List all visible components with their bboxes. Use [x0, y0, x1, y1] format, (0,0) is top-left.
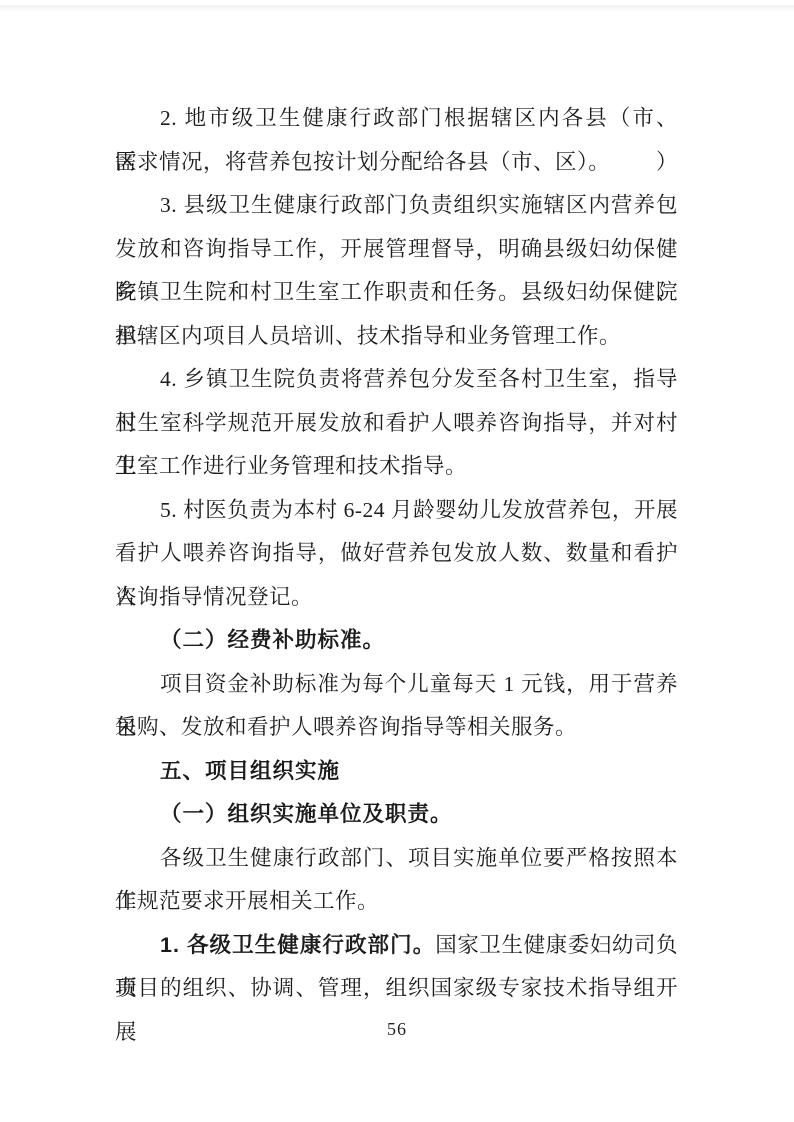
paragraph-line: 1. 各级卫生健康行政部门。国家卫生健康委妇幼司负责	[115, 924, 678, 968]
paragraph-line: 5. 村医负责为本村 6-24 月龄婴幼儿发放营养包，开展	[115, 489, 678, 533]
paragraph-line: 项目的组织、协调、管理，组织国家级专家技术指导组开展	[115, 967, 678, 1011]
paragraph-line: 需求情况，将营养包按计划分配给各县（市、区）。	[115, 141, 678, 185]
paragraph-line: 作规范要求开展相关工作。	[115, 880, 678, 924]
paragraph-line: 项目资金补助标准为每个儿童每天 1 元钱，用于营养包	[115, 663, 678, 707]
subsection-heading: （二）经费补助标准。	[115, 619, 678, 663]
document-body: 2. 地市级卫生健康行政部门根据辖区内各县（市、区） 需求情况，将营养包按计划分…	[115, 97, 678, 1011]
numbered-item-lead-bold: 1. 各级卫生健康行政部门。	[160, 933, 435, 957]
paragraph-line: 看护人喂养咨询指导，做好营养包发放人数、数量和看护人	[115, 532, 678, 576]
paragraph-line: 发放和咨询指导工作，开展管理督导，明确县级妇幼保健院、	[115, 228, 678, 272]
paragraph-line: 2. 地市级卫生健康行政部门根据辖区内各县（市、区）	[115, 97, 678, 141]
section-heading: 五、项目组织实施	[115, 750, 678, 794]
paragraph-line: 各级卫生健康行政部门、项目实施单位要严格按照本工	[115, 837, 678, 881]
scan-edge-shadow	[0, 5, 794, 11]
paragraph-line: 咨询指导情况登记。	[115, 576, 678, 620]
paragraph-line: 4. 乡镇卫生院负责将营养包分发至各村卫生室，指导村	[115, 358, 678, 402]
subsection-heading: （一）组织实施单位及职责。	[115, 793, 678, 837]
paragraph-line: 卫生室科学规范开展发放和看护人喂养咨询指导，并对村卫	[115, 402, 678, 446]
document-page: 2. 地市级卫生健康行政部门根据辖区内各县（市、区） 需求情况，将营养包按计划分…	[0, 0, 794, 1122]
paragraph-line: 担辖区内项目人员培训、技术指导和业务管理工作。	[115, 315, 678, 359]
paragraph-line: 生室工作进行业务管理和技术指导。	[115, 445, 678, 489]
page-number: 56	[0, 1016, 794, 1042]
paragraph-line: 乡镇卫生院和村卫生室工作职责和任务。县级妇幼保健院承	[115, 271, 678, 315]
paragraph-line: 3. 县级卫生健康行政部门负责组织实施辖区内营养包	[115, 184, 678, 228]
paragraph-line: 采购、发放和看护人喂养咨询指导等相关服务。	[115, 706, 678, 750]
